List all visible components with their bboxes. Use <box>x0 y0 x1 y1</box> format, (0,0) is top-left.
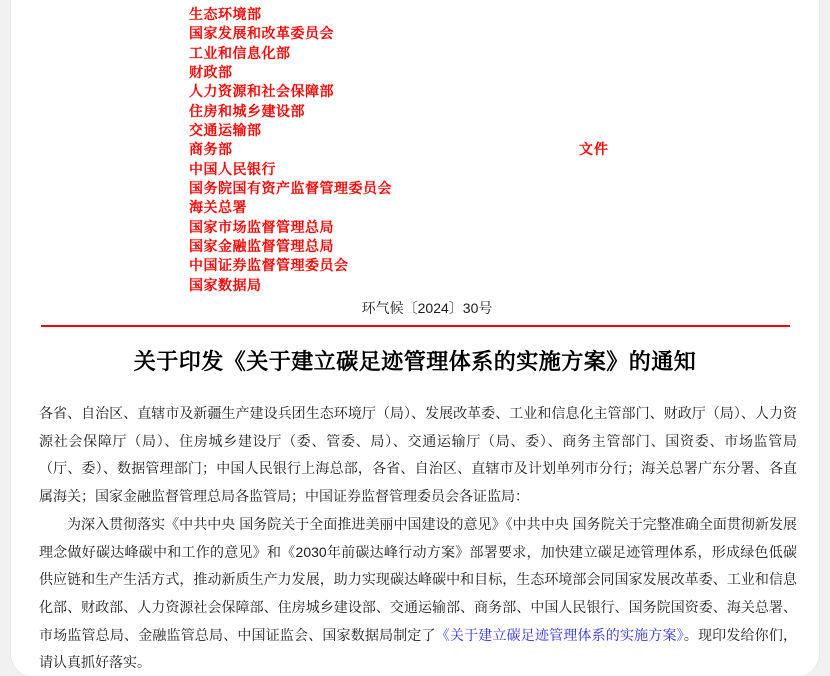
letterhead-agency: 工业和信息化部 <box>189 44 392 63</box>
letterhead-agency: 中国人民银行 <box>189 160 392 179</box>
letterhead-agency: 国家市场监督管理总局 <box>189 218 392 237</box>
letterhead-agency: 住房和城乡建设部 <box>189 102 392 121</box>
document-page: 生态环境部 国家发展和改革委员会 工业和信息化部 财政部 人力资源和社会保障部 … <box>10 0 820 676</box>
letterhead-agency: 人力资源和社会保障部 <box>189 82 392 101</box>
letterhead-agency: 商务部 <box>189 140 392 159</box>
body-paragraph: 为深入贯彻落实《中共中央 国务院关于全面推进美丽中国建设的意见》《中共中央 国务… <box>39 511 797 676</box>
letterhead-agency: 中国证券监督管理委员会 <box>189 256 392 275</box>
document-viewer: { "letterhead": { "agencies": [ "生态环境部",… <box>0 0 830 676</box>
letterhead-document-word: 文件 <box>579 140 609 159</box>
recipients-text: 各省、自治区、直辖市及新疆生产建设兵团生态环境厅（局）、发展改革委、工业和信息化… <box>39 405 797 504</box>
document-body: 各省、自治区、直辖市及新疆生产建设兵团生态环境厅（局）、发展改革委、工业和信息化… <box>39 400 797 676</box>
letterhead-agency: 财政部 <box>189 63 392 82</box>
letterhead-agency: 国家金融监督管理总局 <box>189 237 392 256</box>
letterhead-agency: 海关总署 <box>189 198 392 217</box>
recipients-paragraph: 各省、自治区、直辖市及新疆生产建设兵团生态环境厅（局）、发展改革委、工业和信息化… <box>39 400 797 511</box>
document-title: 关于印发《关于建立碳足迹管理体系的实施方案》的通知 <box>11 346 819 377</box>
body-text-before-link: 为深入贯彻落实《中共中央 国务院关于全面推进美丽中国建设的意见》《中共中央 国务… <box>39 516 797 643</box>
letterhead-agency: 国家发展和改革委员会 <box>189 24 392 43</box>
letterhead-agency: 生态环境部 <box>189 5 392 24</box>
letterhead-agency-list: 生态环境部 国家发展和改革委员会 工业和信息化部 财政部 人力资源和社会保障部 … <box>189 5 392 295</box>
letterhead-agency: 国家数据局 <box>189 276 392 295</box>
implementation-plan-link[interactable]: 《关于建立碳足迹管理体系的实施方案》 <box>436 627 684 643</box>
document-reference-number: 环气候〔2024〕30号 <box>35 299 819 317</box>
letterhead-agency: 交通运输部 <box>189 121 392 140</box>
letterhead-agency: 国务院国有资产监督管理委员会 <box>189 179 392 198</box>
letterhead-divider-line <box>41 325 790 327</box>
